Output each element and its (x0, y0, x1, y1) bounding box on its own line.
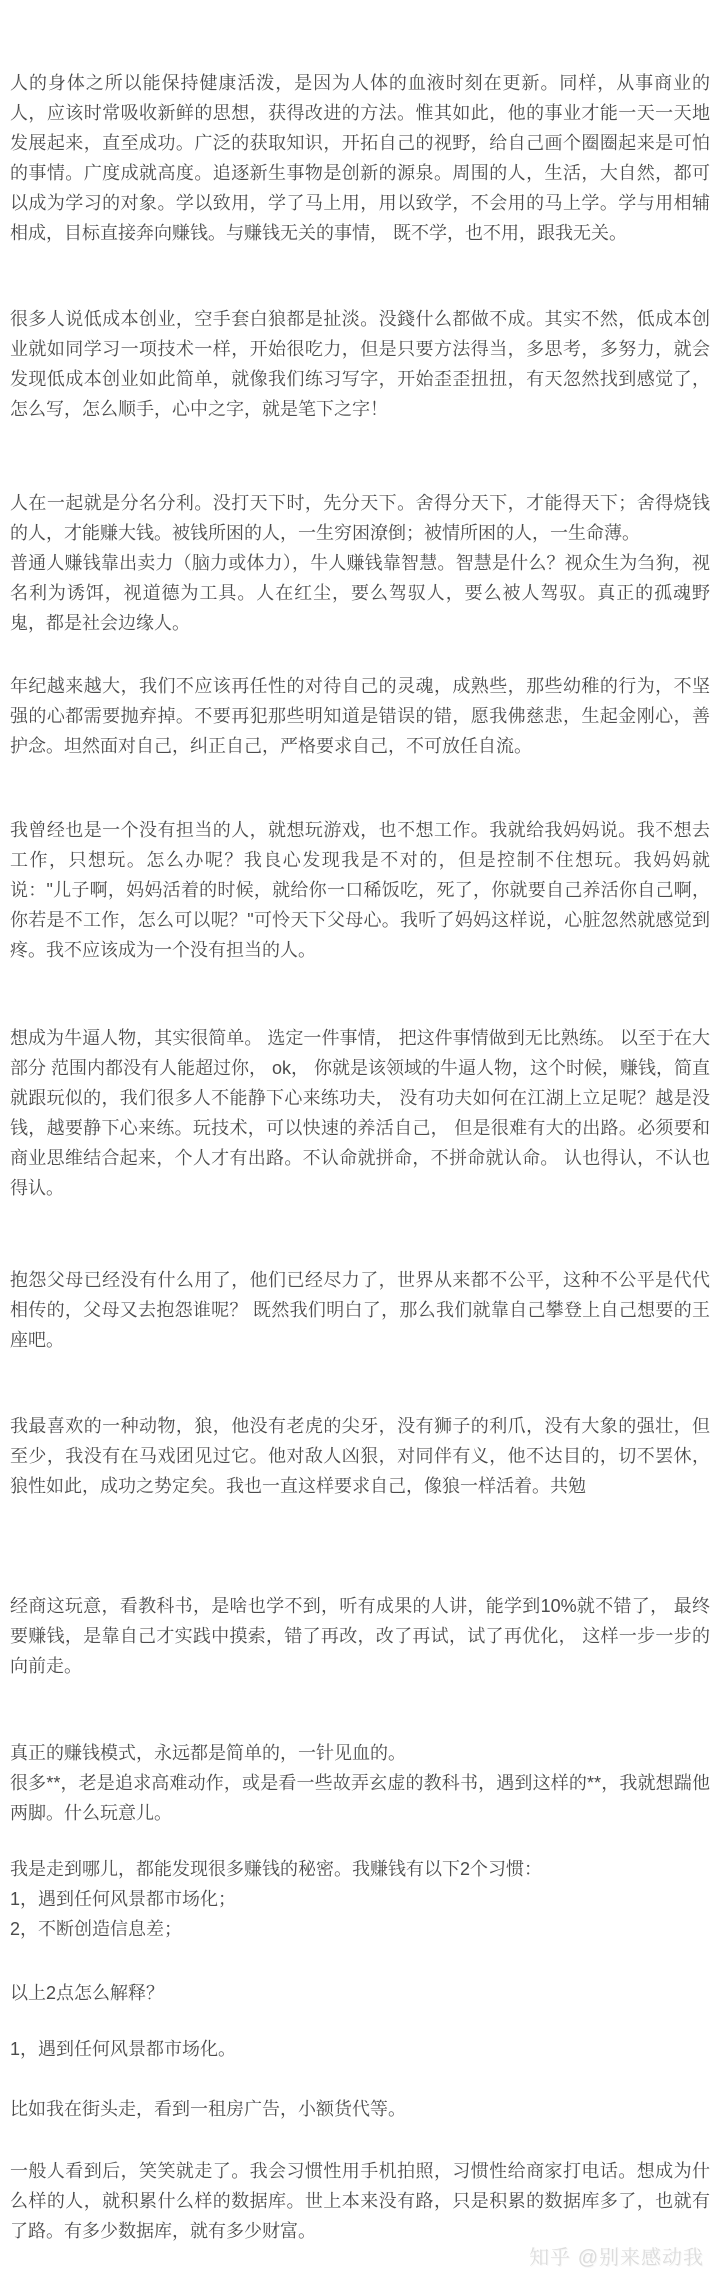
screenshot-page: 人的身体之所以能保持健康活泼，是因为人体的血液时刻在更新。同样，从事商业的人，应… (0, 0, 720, 2284)
paragraph: 人的身体之所以能保持健康活泼，是因为人体的血液时刻在更新。同样，从事商业的人，应… (10, 68, 710, 248)
paragraph: 真正的赚钱模式，永远都是简单的，一针见血的。 很多**，老是追求高难动作，或是看… (10, 1738, 710, 1828)
paragraph: 我曾经也是一个没有担当的人，就想玩游戏，也不想工作。我就给我妈妈说。我不想去工作… (10, 815, 710, 965)
paragraph: 很多人说低成本创业，空手套白狼都是扯淡。没錢什么都做不成。其实不然，低成本创业就… (10, 304, 710, 424)
paragraph: 人在一起就是分名分利。没打天下时，先分天下。舍得分天下，才能得天下；舍得烧钱的人… (10, 488, 710, 638)
paragraph: 我最喜欢的一种动物，狼，他没有老虎的尖牙，没有狮子的利爪，没有大象的强壮，但至少… (10, 1411, 710, 1501)
paragraph: 想成为牛逼人物，其实很简单。 选定一件事情， 把这件事情做到无比熟练。 以至于在… (10, 1023, 710, 1203)
paragraph: 以上2点怎么解释？ (10, 1978, 710, 2008)
paragraph: 我是走到哪儿，都能发现很多赚钱的秘密。我赚钱有以下2个习惯： 1，遇到任何风景都… (10, 1854, 710, 1944)
paragraph: 经商这玩意，看教科书，是啥也学不到，听有成果的人讲，能学到10%就不错了， 最终… (10, 1591, 710, 1681)
paragraph: 年纪越来越大，我们不应该再任性的对待自己的灵魂，成熟些，那些幼稚的行为，不坚强的… (10, 671, 710, 761)
paragraph: 一般人看到后，笑笑就走了。我会习惯性用手机拍照，习惯性给商家打电话。想成为什么样… (10, 2156, 710, 2246)
paragraph: 比如我在街头走，看到一租房广告，小额货代等。 (10, 2094, 710, 2124)
paragraph: 抱怨父母已经没有什么用了，他们已经尽力了，世界从来都不公平，这种不公平是代代相传… (10, 1265, 710, 1355)
zhihu-watermark: 知乎 @别来感动我 (529, 2246, 704, 2270)
paragraph: 1，遇到任何风景都市场化。 (10, 2034, 710, 2064)
article-body: 人的身体之所以能保持健康活泼，是因为人体的血液时刻在更新。同样，从事商业的人，应… (0, 0, 720, 2246)
